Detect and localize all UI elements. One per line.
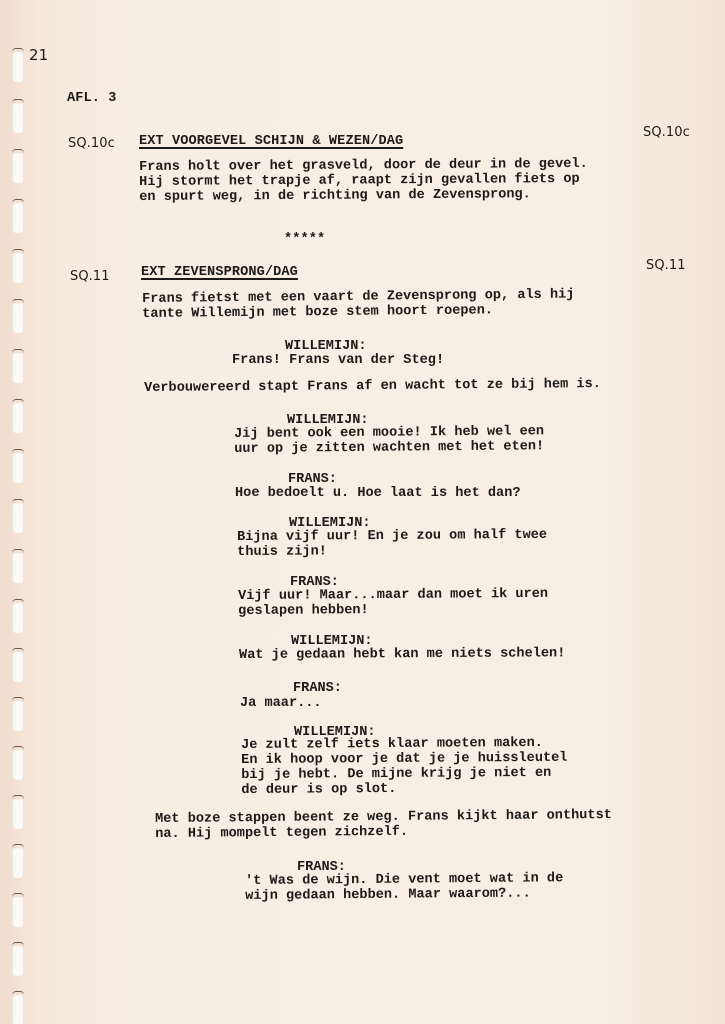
punch-hole xyxy=(12,503,23,533)
scene-number-right: SQ.10c xyxy=(643,125,690,140)
scene-number-left: SQ.11 xyxy=(70,269,110,284)
punch-hole xyxy=(12,701,23,731)
scene-separator: ***** xyxy=(284,232,325,247)
dialogue-line: wijn gedaan hebben. Maar waarom?... xyxy=(245,886,563,904)
dialogue-line: thuis zijn! xyxy=(237,543,547,560)
punch-hole xyxy=(12,553,23,583)
episode-label: AFL. 3 xyxy=(67,91,117,106)
page-number: 21 xyxy=(29,48,48,63)
script-page: 21 AFL. 3 SQ.10c EXT VOORGEVEL SCHIJN & … xyxy=(0,0,725,1024)
punch-hole xyxy=(12,153,23,183)
dialogue-block: Ja maar... xyxy=(240,696,322,711)
punch-hole xyxy=(12,799,23,829)
dialogue-line: uur op je zitten wachten met het eten! xyxy=(234,439,544,457)
punch-hole xyxy=(12,203,23,233)
dialogue-block: Hoe bedoelt u. Hoe laat is het dan? xyxy=(235,486,521,501)
dialogue-line: de deur is op slot. xyxy=(241,781,567,798)
dialogue-block: Jij bent ook een mooie! Ik heb wel een u… xyxy=(234,424,544,457)
dialogue-line: Hoe bedoelt u. Hoe laat is het dan? xyxy=(235,486,521,501)
punch-hole xyxy=(12,652,23,682)
binder-holes xyxy=(0,0,40,1024)
dialogue-line: Bijna vijf uur! En je zou om half twee xyxy=(237,528,547,545)
action-line: na. Hij mompelt tegen zichzelf. xyxy=(155,823,612,842)
punch-hole xyxy=(12,946,23,976)
dialogue-block: Vijf uur! Maar...maar dan moet ik uren g… xyxy=(238,587,548,619)
punch-hole xyxy=(12,897,23,927)
dialogue-block: 't Was de wijn. Die vent moet wat in de … xyxy=(245,871,563,904)
punch-hole xyxy=(12,848,23,878)
dialogue-block: Bijna vijf uur! En je zou om half twee t… xyxy=(237,528,547,560)
action-block: Frans holt over het grasveld, door de de… xyxy=(139,157,588,205)
dialogue-line: Ja maar... xyxy=(240,696,322,711)
character-name: FRANS: xyxy=(288,472,337,487)
punch-hole xyxy=(12,103,23,133)
scene-heading: EXT ZEVENSPRONG/DAG xyxy=(141,265,298,280)
dialogue-line: Vijf uur! Maar...maar dan moet ik uren xyxy=(238,587,548,604)
dialogue-line: geslapen hebben! xyxy=(238,602,548,619)
dialogue-block: Frans! Frans van der Steg! xyxy=(232,353,444,368)
punch-hole xyxy=(12,995,23,1024)
action-line: Verbouwereerd stapt Frans af en wacht to… xyxy=(144,377,601,396)
character-name: FRANS: xyxy=(293,681,342,696)
action-block: Verbouwereerd stapt Frans af en wacht to… xyxy=(144,377,601,396)
punch-hole xyxy=(12,403,23,433)
punch-hole xyxy=(12,603,23,633)
character-name: WILLEMIJN: xyxy=(285,339,367,354)
punch-hole xyxy=(12,303,23,333)
action-block: Frans fietst met een vaart de Zevenspron… xyxy=(142,287,575,322)
scene-number-left: SQ.10c xyxy=(68,136,115,151)
scene-number-right: SQ.11 xyxy=(646,258,686,273)
punch-hole xyxy=(12,52,23,82)
punch-hole xyxy=(12,453,23,483)
punch-hole xyxy=(12,253,23,283)
punch-hole xyxy=(12,353,23,383)
dialogue-line: Wat je gedaan hebt kan me niets schelen! xyxy=(239,646,565,663)
action-line: tante Willemijn met boze stem hoort roep… xyxy=(142,302,574,322)
dialogue-line: bij je hebt. De mijne krijg je niet en xyxy=(241,766,567,783)
dialogue-line: Frans! Frans van der Steg! xyxy=(232,353,444,368)
dialogue-block: Je zult zelf iets klaar moeten maken. En… xyxy=(241,736,568,798)
dialogue-block: Wat je gedaan hebt kan me niets schelen! xyxy=(239,646,565,663)
scene-heading: EXT VOORGEVEL SCHIJN & WEZEN/DAG xyxy=(139,134,403,149)
action-line: en spurt weg, in de richting van de Zeve… xyxy=(139,187,588,205)
action-block: Met boze stappen beent ze weg. Frans kij… xyxy=(155,808,612,842)
punch-hole xyxy=(12,750,23,780)
